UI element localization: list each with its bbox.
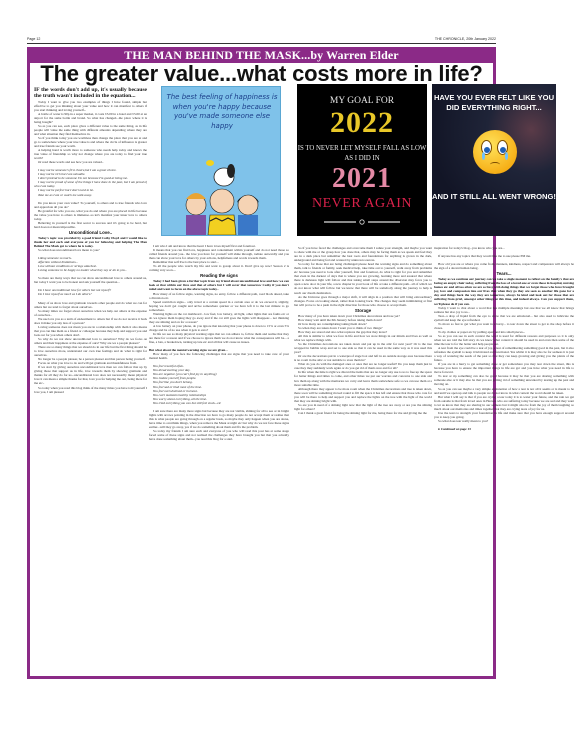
goal-never-again: NEVER AGAIN xyxy=(297,196,427,212)
image-bottom-text: AND IT STILL ALL WENT WRONG! xyxy=(432,192,556,202)
paragraph: A low battery on your phone, do you igno… xyxy=(149,324,289,332)
peanuts-cartoon-icon xyxy=(180,157,264,235)
paragraph: Today's topic was provided by a good fri… xyxy=(34,236,147,248)
subheading-unconditional-love: Unconditional Love.. xyxy=(34,231,147,235)
paragraph: So there are many ways that we can show … xyxy=(34,276,147,284)
paragraph: So if you have faced the challenges and … xyxy=(294,246,432,262)
paragraph: So many times we forget about ourselves … xyxy=(34,309,147,317)
paragraph: Today I want to chat about a word that h… xyxy=(434,306,574,314)
paragraph: If you are in a hurry to get something d… xyxy=(434,362,574,374)
image-quote-text: The best feeling of happiness is when yo… xyxy=(166,93,278,131)
page-header: Page 12 THE CHRONICLE, 20th January 2022 xyxy=(27,30,496,44)
goal-line-1: MY GOAL FOR xyxy=(297,96,427,106)
subheading-storage: Storage xyxy=(294,309,432,313)
paragraph: Warning lights on the car dashboard - lo… xyxy=(149,312,289,324)
paragraph: Although there may appear to be more roo… xyxy=(294,387,432,403)
paragraph: Today I want to give you two examples of… xyxy=(34,100,147,112)
subheading-tears: Tears... xyxy=(434,272,574,276)
column-1: IF the words don't add up, it's usually … xyxy=(34,87,147,672)
paragraph: A helping hand is worth more to someone … xyxy=(34,148,147,160)
paragraph: So as you can see, each place gives a di… xyxy=(34,124,147,136)
goal-year-2022: 2022 xyxy=(297,107,427,139)
peanuts-happiness-image: The best feeling of happiness is when yo… xyxy=(161,86,281,236)
continued-link[interactable]: ● Continued on page 13 xyxy=(434,427,574,431)
paragraph: Use the tears to strength your foundatio… xyxy=(434,411,574,419)
paragraph: To move so fast to get what you want in … xyxy=(434,322,574,330)
ornament-divider-icon xyxy=(322,219,402,225)
warning-signs-list: You feel resentful often. You dread star… xyxy=(149,364,289,404)
paragraph: There are so many things that we should … xyxy=(34,345,147,357)
quote-block: Liking someone so much.. Affection witho… xyxy=(34,256,147,272)
paragraph: So today when you read this blog think o… xyxy=(34,386,147,394)
paragraph: Speed restriction signs... only travel a… xyxy=(149,300,289,312)
paragraph: How many of us follow signs, warning sig… xyxy=(149,292,289,300)
image-top-text: HAVE YOU EVER FELT LIKE YOU DID EVERYTHI… xyxy=(432,93,556,113)
paragraph: So today for those that are being challe… xyxy=(294,262,432,294)
paragraph: Believing in yourself is the first secre… xyxy=(34,221,147,229)
paragraph: To tear or rip something can also be goo… xyxy=(434,374,574,386)
paper-date: THE CHRONICLE, 20th January 2022 xyxy=(435,37,496,41)
lead-paragraph: IF the words don't add up, it's usually … xyxy=(34,87,147,99)
paragraph: A bottle of water is 90p in a super mark… xyxy=(34,112,147,124)
paragraph: As the Universe goes through a major shi… xyxy=(294,295,432,307)
paragraph: How old you are or where you come from, … xyxy=(434,262,574,270)
column-3: So if you have faced the challenges and … xyxy=(294,246,432,664)
paragraph: In life we see so many physical warning … xyxy=(149,332,289,344)
quote-block: Do I have unconditional love for others … xyxy=(34,288,147,296)
paragraph: If we start by giving ourselves uncondit… xyxy=(34,365,147,385)
paragraph: So as you can see in each context the wo… xyxy=(434,334,574,346)
paragraph: So today my friends I am sure each and e… xyxy=(149,429,289,441)
paragraph: So why do we not show unconditional love… xyxy=(34,337,147,345)
paragraph: Today as we continue our journey can we … xyxy=(434,277,574,305)
paragraph: Many of us show love and gratitude towar… xyxy=(34,301,147,309)
everything-went-wrong-image: HAVE YOU EVER FELT LIKE YOU DID EVERYTHI… xyxy=(432,84,556,236)
paragraph: How many of you face the following chall… xyxy=(149,352,289,360)
paragraph: So if you think today you are worthless … xyxy=(34,136,147,148)
paragraph: Be grateful for who you are, what you do… xyxy=(34,209,147,221)
goal-line-2: IS TO NEVER LET MYSELF FALL AS LOW AS I … xyxy=(297,144,427,163)
paragraph: Loving someone does not mean you are in … xyxy=(34,325,147,337)
paragraph: Or are the decorations put in a waterpro… xyxy=(294,354,432,362)
column-2: I am who I am and know that the heart I … xyxy=(149,244,289,664)
headline: The greater value...what costs more in l… xyxy=(30,63,493,85)
paragraph: All this is similar to what we face in l… xyxy=(294,334,432,342)
page-number: Page 12 xyxy=(27,37,40,41)
quote-block: I may not be someone's first choice,but … xyxy=(34,168,147,196)
paragraph: Can I thank a great friend for being the… xyxy=(294,411,432,415)
paragraph: So are you in need of a shining light no… xyxy=(294,403,432,411)
paragraph: So as you can see maybe a very simple ex… xyxy=(434,387,574,395)
paragraph: A tear from the eye could be a tear of j… xyxy=(434,346,574,362)
goal-2022-image: MY GOAL FOR 2022 IS TO NEVER LET MYSELF … xyxy=(297,84,427,236)
paragraph: So the Christmas decorations are taken d… xyxy=(294,342,432,354)
paragraph: But what I will say is that if you are c… xyxy=(434,395,574,411)
paragraph: Today I had been given a further topic f… xyxy=(149,279,289,291)
paragraph: I am sure there are many more signs but … xyxy=(149,409,289,429)
paragraph: In life when the time is right we discar… xyxy=(294,370,432,386)
crying-emoji-icon xyxy=(473,130,517,174)
quote-line: I may not be proud of some of the things… xyxy=(34,180,147,188)
paragraph: Do you know your own value? To yourself,… xyxy=(34,201,147,209)
column-4: inspiration for today's blog...you know … xyxy=(434,246,574,664)
paragraph: We use love you as a term of endearment … xyxy=(34,317,147,325)
paragraph: Tear...a drop of liquid from the eye to … xyxy=(434,314,574,322)
paragraph: What do you do with the damaged ones or … xyxy=(294,362,432,370)
subheading-reading-the-signs: Reading the signs xyxy=(149,274,289,278)
goal-year-2021: 2021 xyxy=(297,164,427,194)
paragraph: To all the people who watch my life and … xyxy=(149,264,289,272)
paragraph: It means that you can find love, happine… xyxy=(149,248,289,260)
